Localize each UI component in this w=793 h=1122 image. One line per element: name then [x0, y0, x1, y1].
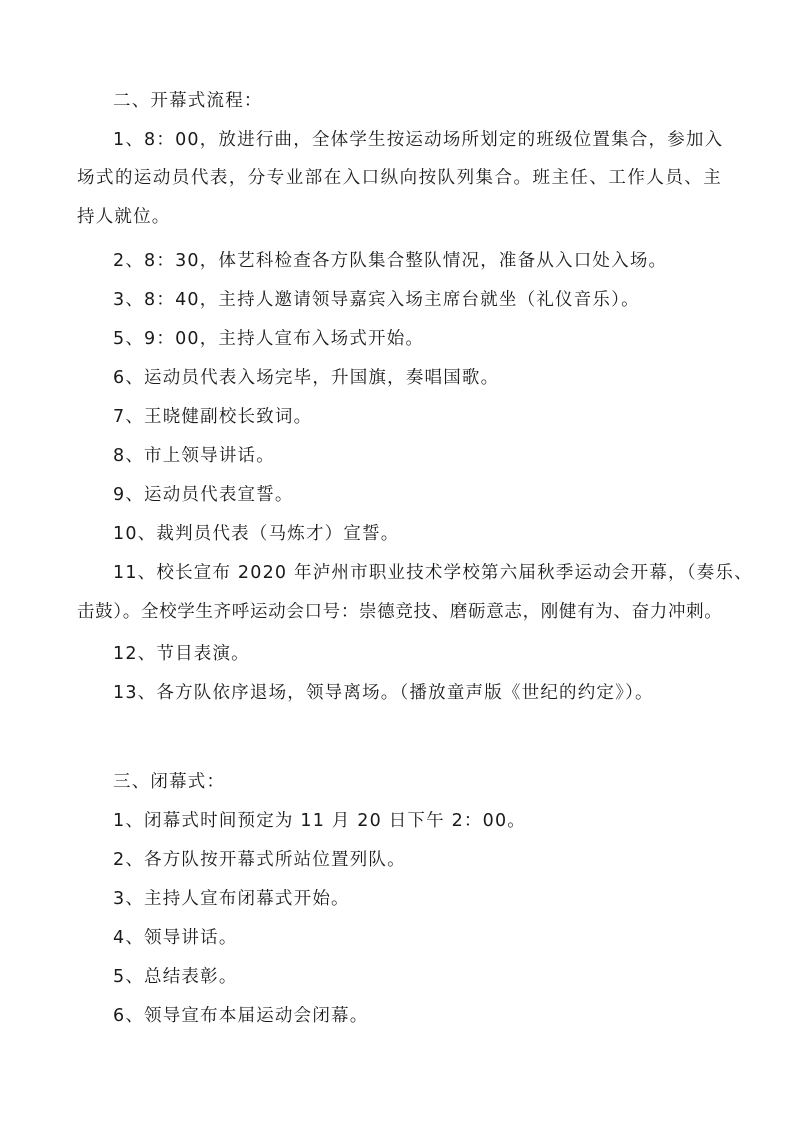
list-item: 7、王晓健副校长致词。 — [113, 405, 312, 429]
list-item: 3、主持人宣布闭幕式开始。 — [113, 887, 350, 911]
list-item: 2、8：30，体艺科检查各方队集合整队情况，准备从入口处入场。 — [113, 249, 667, 273]
list-item-continuation: 持人就位。 — [77, 205, 171, 229]
list-item-continuation: 场式的运动员代表，分专业部在入口纵向按队列集合。班主任、工作人员、主 — [77, 166, 722, 190]
list-item: 3、8：40，主持人邀请领导嘉宾入场主席台就坐（礼仪音乐）。 — [113, 288, 640, 312]
section-heading-closing: 三、闭幕式： — [113, 770, 225, 794]
list-item: 6、领导宣布本届运动会闭幕。 — [113, 1004, 368, 1028]
list-item: 5、9：00，主持人宣布入场式开始。 — [113, 327, 424, 351]
list-item: 1、闭幕式时间预定为 11 月 20 日下午 2：00。 — [113, 809, 526, 833]
list-item: 5、总结表彰。 — [113, 965, 238, 989]
list-item: 1、8：00，放进行曲，全体学生按运动场所划定的班级位置集合，参加入 — [113, 128, 722, 152]
section-heading-opening: 二、开幕式流程： — [113, 89, 263, 113]
list-item: 6、运动员代表入场完毕，升国旗，奏唱国歌。 — [113, 366, 499, 390]
list-item: 13、各方队依序退场，领导离场。（播放童声版《世纪的约定》）。 — [113, 681, 654, 705]
list-item: 4、领导讲话。 — [113, 926, 238, 950]
list-item: 12、节目表演。 — [113, 642, 250, 666]
list-item: 10、裁判员代表（马炼才）宣誓。 — [113, 522, 399, 546]
list-item: 2、各方队按开幕式所站位置列队。 — [113, 848, 406, 872]
list-item: 11、校长宣布 2020 年泸州市职业技术学校第六届秋季运动会开幕，（奏乐、 — [113, 561, 722, 585]
list-item: 8、市上领导讲话。 — [113, 444, 275, 468]
list-item-continuation: 击鼓）。全校学生齐呼运动会口号：崇德竞技、磨砺意志，刚健有为、奋力冲刺。 — [77, 600, 722, 624]
list-item: 9、运动员代表宣誓。 — [113, 483, 294, 507]
